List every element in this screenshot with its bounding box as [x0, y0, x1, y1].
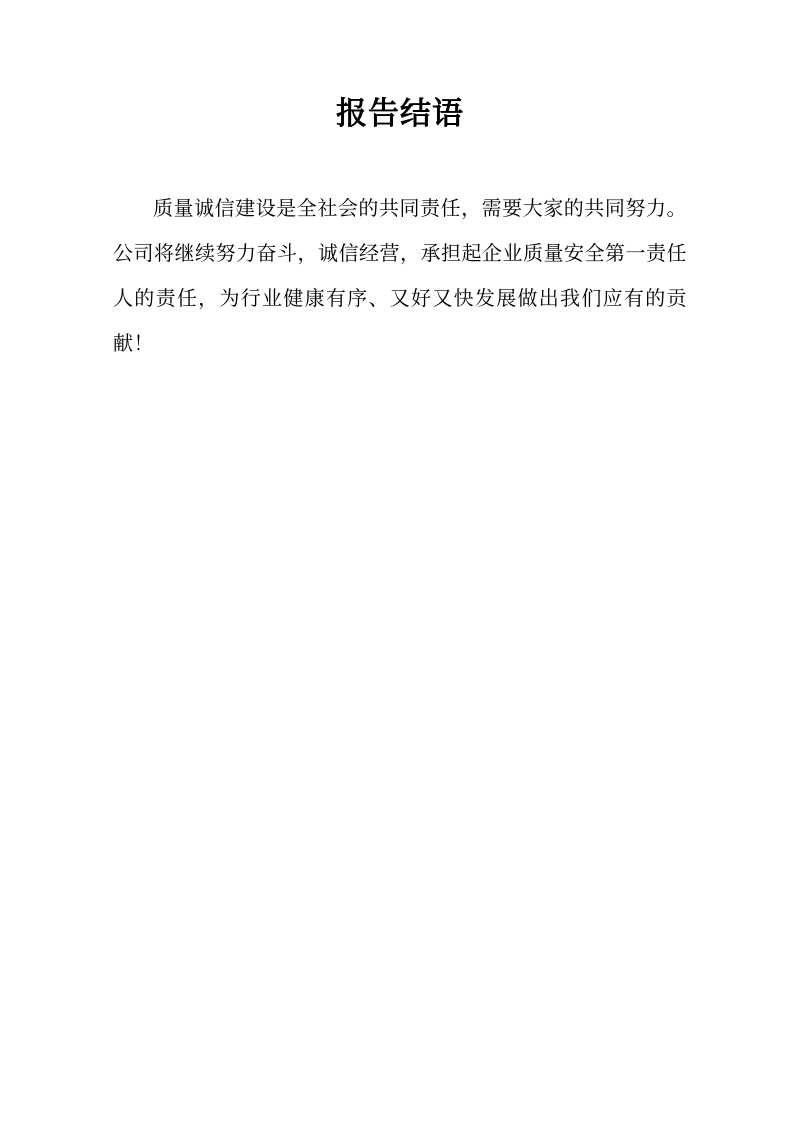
page-title: 报告结语	[0, 0, 800, 134]
conclusion-paragraph: 质量诚信建设是全社会的共同责任，需要大家的共同努力。公司将继续努力奋斗，诚信经营…	[0, 187, 800, 367]
document-page: 报告结语 质量诚信建设是全社会的共同责任，需要大家的共同努力。公司将继续努力奋斗…	[0, 0, 800, 1131]
